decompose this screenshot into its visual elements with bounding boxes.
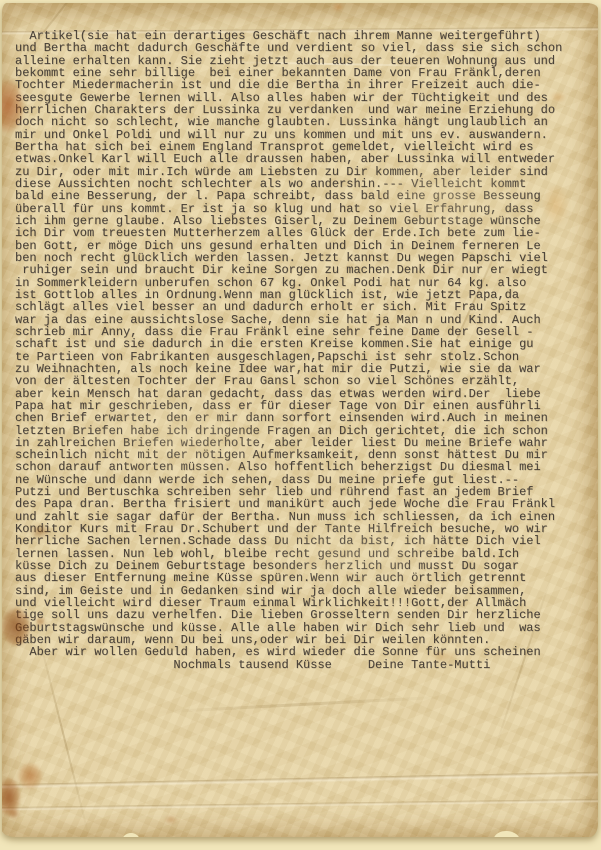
letter-photo: Artikel(sie hat ein derartiges Geschäft … [0, 0, 601, 850]
letter-text: Artikel(sie hat ein derartiges Geschäft … [15, 30, 562, 671]
stain [164, 815, 178, 824]
crease [2, 772, 598, 789]
stain [8, 809, 20, 819]
torn-edge-notch [494, 830, 520, 837]
crease [152, 695, 452, 714]
stain [332, 3, 344, 11]
stain [2, 778, 20, 816]
torn-edge-notch [122, 833, 140, 837]
paper-sheet: Artikel(sie hat ein derartiges Geschäft … [2, 3, 598, 837]
crease [2, 799, 598, 811]
stain [18, 763, 42, 789]
